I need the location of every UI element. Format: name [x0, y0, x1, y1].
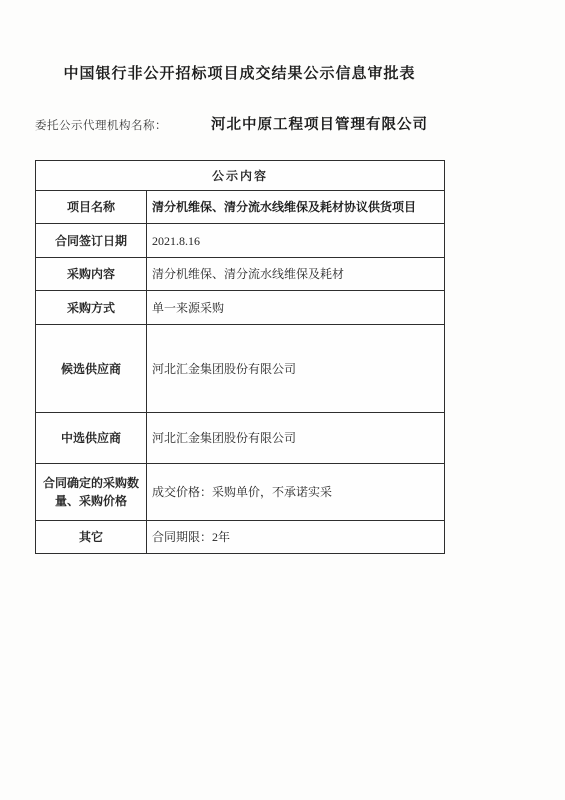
contract-quantity-price-value: 成交价格：采购单价，不承诺实采: [147, 464, 445, 521]
table-header-row: 公示内容: [36, 161, 445, 191]
document-page: 中国银行非公开招标项目成交结果公示信息审批表 委托公示代理机构名称：河北中原工程…: [35, 0, 444, 554]
contract-sign-date-value: 2021.8.16: [147, 224, 445, 258]
agency-name-value: 河北中原工程项目管理有限公司: [211, 117, 428, 133]
contract-sign-date-label: 合同签订日期: [36, 224, 147, 258]
other-label: 其它: [36, 521, 147, 554]
agency-line: 委托公示代理机构名称：河北中原工程项目管理有限公司: [35, 114, 444, 136]
announcement-table: 公示内容 项目名称 清分机维保、清分流水线维保及耗材协议供货项目 合同签订日期 …: [35, 160, 445, 554]
procurement-content-value: 清分机维保、清分流水线维保及耗材: [147, 258, 445, 291]
project-name-label: 项目名称: [36, 191, 147, 224]
table-row: 合同签订日期 2021.8.16: [36, 224, 445, 258]
procurement-method-value: 单一来源采购: [147, 291, 445, 325]
candidate-supplier-value: 河北汇金集团股份有限公司: [147, 325, 445, 413]
table-row: 其它 合同期限：2年: [36, 521, 445, 554]
procurement-method-label: 采购方式: [36, 291, 147, 325]
project-name-value: 清分机维保、清分流水线维保及耗材协议供货项目: [147, 191, 445, 224]
table-row: 采购方式 单一来源采购: [36, 291, 445, 325]
table-row: 中选供应商 河北汇金集团股份有限公司: [36, 413, 445, 464]
agency-name-label: 委托公示代理机构名称：: [35, 120, 167, 132]
procurement-content-label: 采购内容: [36, 258, 147, 291]
table-row: 合同确定的采购数量、采购价格 成交价格：采购单价，不承诺实采: [36, 464, 445, 521]
other-value: 合同期限：2年: [147, 521, 445, 554]
candidate-supplier-label: 候选供应商: [36, 325, 147, 413]
document-title: 中国银行非公开招标项目成交结果公示信息审批表: [35, 0, 444, 85]
table-header-title: 公示内容: [36, 161, 445, 191]
table-row: 项目名称 清分机维保、清分流水线维保及耗材协议供货项目: [36, 191, 445, 224]
selected-supplier-value: 河北汇金集团股份有限公司: [147, 413, 445, 464]
selected-supplier-label: 中选供应商: [36, 413, 147, 464]
table-row: 候选供应商 河北汇金集团股份有限公司: [36, 325, 445, 413]
table-row: 采购内容 清分机维保、清分流水线维保及耗材: [36, 258, 445, 291]
contract-quantity-price-label: 合同确定的采购数量、采购价格: [36, 464, 147, 521]
